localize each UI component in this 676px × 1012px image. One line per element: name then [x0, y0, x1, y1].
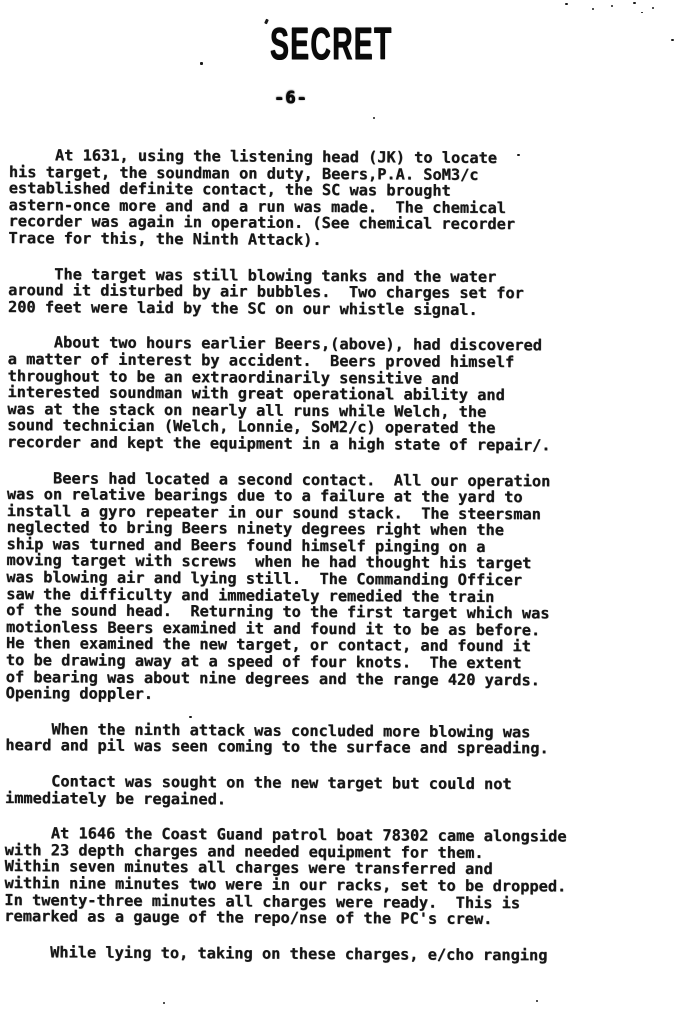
scan-speck — [592, 8, 594, 10]
paragraph-lying-to: While lying to, taking on these charges,… — [4, 944, 664, 965]
scan-speck — [163, 1002, 165, 1004]
classification-stamp-text: SECRET — [270, 21, 393, 66]
scan-speck — [652, 7, 654, 9]
paragraph-beers-discovery: About two hours earlier Beers,(above), h… — [7, 334, 668, 454]
scanned-document-page: SECRET -6- At 1631, using the listening … — [0, 0, 676, 1012]
scan-speck — [633, 2, 636, 4]
scan-speck — [373, 117, 375, 119]
scan-speck — [565, 3, 568, 5]
scan-speck — [517, 154, 520, 156]
paragraph-patrol-boat: At 1646 the Coast Guand patrol boat 7830… — [4, 825, 665, 929]
scan-speck — [536, 1000, 538, 1002]
classification-stamp: SECRET — [270, 21, 465, 66]
scan-speck — [200, 62, 203, 65]
scan-speck — [611, 5, 613, 7]
document-body: At 1631, using the listening head (JK) t… — [4, 147, 669, 983]
paragraph-contact-sought: Contact was sought on the new target but… — [5, 773, 665, 810]
paragraph-target-blowing: The target was still blowing tanks and t… — [8, 266, 668, 320]
paragraph-second-contact: Beers had located a second contact. All … — [6, 469, 667, 705]
page-number: -6- — [274, 88, 308, 108]
scan-speck — [189, 716, 192, 718]
paragraph-ninth-attack: When the ninth attack was concluded more… — [5, 721, 665, 758]
scan-speck — [264, 19, 269, 25]
scan-speck — [641, 12, 643, 13]
scan-speck — [671, 39, 674, 41]
paragraph-attack-1631: At 1631, using the listening head (JK) t… — [8, 147, 669, 251]
